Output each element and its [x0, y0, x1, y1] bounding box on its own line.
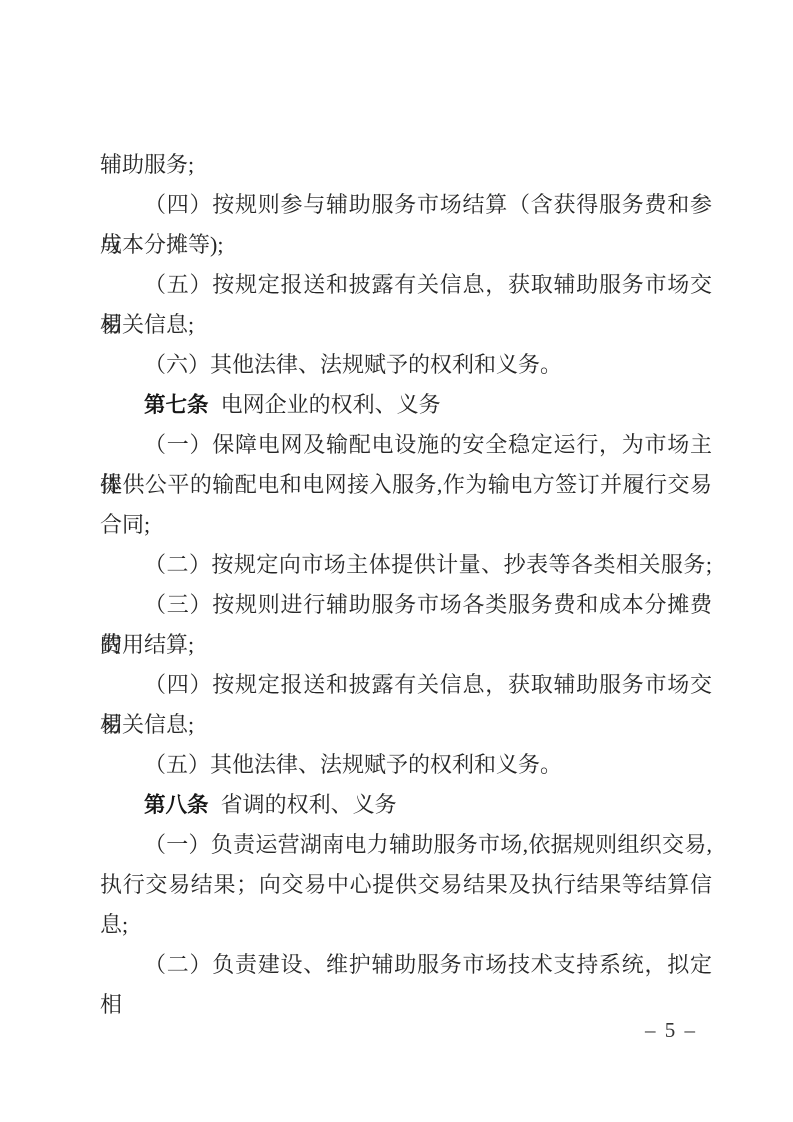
article-title: 电网企业的权利、义务: [221, 392, 441, 417]
document-body: 辅助服务;（四）按规则参与辅助服务市场结算（含获得服务费和参与成本分摊等);（五…: [100, 145, 712, 985]
article-number: 第八条: [144, 793, 209, 817]
text-line: （三）按规则进行辅助服务市场各类服务费和成本分摊费的: [100, 585, 712, 625]
text-line: （四）按规定报送和披露有关信息，获取辅助服务市场交易: [100, 665, 712, 705]
text-line: （五）其他法律、法规赋予的权利和义务。: [100, 745, 712, 785]
document-page: 辅助服务;（四）按规则参与辅助服务市场结算（含获得服务费和参与成本分摊等);（五…: [0, 0, 793, 1122]
text-line: （一）保障电网及输配电设施的安全稳定运行，为市场主体: [100, 425, 712, 465]
text-line: （六）其他法律、法规赋予的权利和义务。: [100, 345, 712, 385]
text-line: 辅助服务;: [100, 145, 712, 185]
text-line: 息;: [100, 905, 712, 945]
text-line: （二）负责建设、维护辅助服务市场技术支持系统，拟定相: [100, 945, 712, 985]
text-line: 成本分摊等);: [100, 225, 712, 265]
text-line: 费用结算;: [100, 625, 712, 665]
text-line: 提供公平的输配电和电网接入服务,作为输电方签订并履行交易: [100, 465, 712, 505]
text-line: （五）按规定报送和披露有关信息，获取辅助服务市场交易: [100, 265, 712, 305]
text-line: （四）按规则参与辅助服务市场结算（含获得服务费和参与: [100, 185, 712, 225]
text-line: （二）按规定向市场主体提供计量、抄表等各类相关服务;: [100, 545, 712, 585]
page-footer: – 5 –: [645, 1018, 697, 1043]
article-number: 第七条: [144, 393, 209, 417]
article-heading-line: 第八条省调的权利、义务: [100, 785, 712, 825]
page-number: – 5 –: [645, 1018, 697, 1042]
text-line: （一）负责运营湖南电力辅助服务市场,依据规则组织交易,: [100, 825, 712, 865]
text-line: 相关信息;: [100, 305, 712, 345]
text-line: 相关信息;: [100, 705, 712, 745]
article-heading-line: 第七条电网企业的权利、义务: [100, 385, 712, 425]
article-title: 省调的权利、义务: [221, 792, 397, 817]
text-line: 执行交易结果；向交易中心提供交易结果及执行结果等结算信: [100, 865, 712, 905]
text-line: 合同;: [100, 505, 712, 545]
